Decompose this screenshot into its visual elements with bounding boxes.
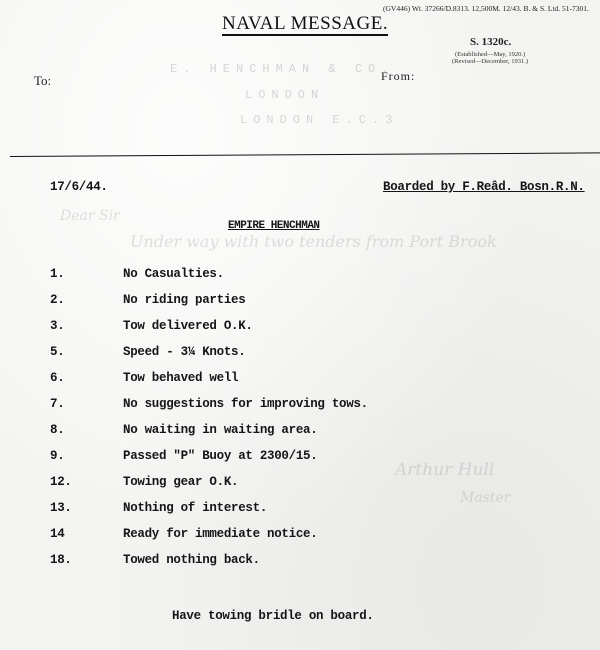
item-number: 14	[50, 527, 64, 541]
item-number: 13.	[50, 501, 72, 515]
item-number: 5.	[50, 345, 64, 359]
ship-name: EMPIRE HENCHMAN	[228, 220, 320, 232]
report-item: 2.No riding parties	[0, 293, 600, 319]
item-number: 1.	[50, 267, 64, 281]
form-title: NAVAL MESSAGE.	[222, 14, 388, 36]
item-number: 18.	[50, 553, 72, 567]
item-text: Towing gear O.K.	[123, 475, 238, 489]
item-number: 8.	[50, 423, 64, 437]
item-text: No riding parties	[123, 293, 245, 307]
report-item: 3.Tow delivered O.K.	[0, 319, 600, 345]
item-text: No Casualties.	[123, 267, 224, 281]
item-text: Towed nothing back.	[123, 553, 260, 567]
report-item: 18.Towed nothing back.	[0, 553, 600, 579]
item-text: Tow delivered O.K.	[123, 319, 253, 333]
report-item: 7.No suggestions for improving tows.	[0, 397, 600, 423]
form-number: S. 1320c.	[470, 36, 511, 48]
report-item: 9.Passed "P" Buoy at 2300/15.	[0, 449, 600, 475]
item-number: 7.	[50, 397, 64, 411]
report-item: 1.No Casualties.	[0, 267, 600, 293]
item-text: No waiting in waiting area.	[123, 423, 317, 437]
to-label: To:	[34, 73, 51, 89]
report-item: 5.Speed - 3¼ Knots.	[0, 345, 600, 371]
bleed-through-handwriting-2: Under way with two tenders from Port Bro…	[130, 232, 497, 251]
report-item: 6.Tow behaved well	[0, 371, 600, 397]
item-text: Nothing of interest.	[123, 501, 267, 515]
boarded-by: Boarded by F.Reâd. Bosn.R.N.	[383, 180, 585, 194]
from-label: From:	[381, 69, 415, 84]
report-item: 14Ready for immediate notice.	[0, 527, 600, 553]
report-item: 12.Towing gear O.K.	[0, 475, 600, 501]
footer-note: Have towing bridle on board.	[172, 609, 374, 623]
bleed-through-stamp-3: LONDON E.C.3	[240, 113, 398, 127]
bleed-through-handwriting-1: Dear Sir	[60, 208, 120, 224]
item-number: 6.	[50, 371, 64, 385]
established-date: (Established—May, 1920.)	[452, 51, 528, 58]
item-text: Tow behaved well	[123, 371, 238, 385]
item-text: No suggestions for improving tows.	[123, 397, 368, 411]
bleed-through-stamp-1: E. HENCHMAN & CO.	[170, 62, 394, 76]
report-item: 8.No waiting in waiting area.	[0, 423, 600, 449]
item-text: Speed - 3¼ Knots.	[123, 345, 245, 359]
form-dates: (Established—May, 1920.) (Revised—Decemb…	[452, 51, 528, 65]
item-number: 9.	[50, 449, 64, 463]
report-items: 1.No Casualties. 2.No riding parties 3.T…	[0, 267, 600, 579]
revised-date: (Revised—December, 1931.)	[452, 58, 528, 65]
item-text: Ready for immediate notice.	[123, 527, 317, 541]
message-date: 17/6/44.	[50, 180, 108, 194]
report-item: 13.Nothing of interest.	[0, 501, 600, 527]
item-number: 12.	[50, 475, 72, 489]
bleed-through-stamp-2: LONDON	[245, 88, 324, 102]
item-number: 2.	[50, 293, 64, 307]
item-number: 3.	[50, 319, 64, 333]
item-text: Passed "P" Buoy at 2300/15.	[123, 449, 317, 463]
print-code: (GV446) Wt. 37266/D.8313. 12,500M. 12/43…	[383, 4, 589, 13]
